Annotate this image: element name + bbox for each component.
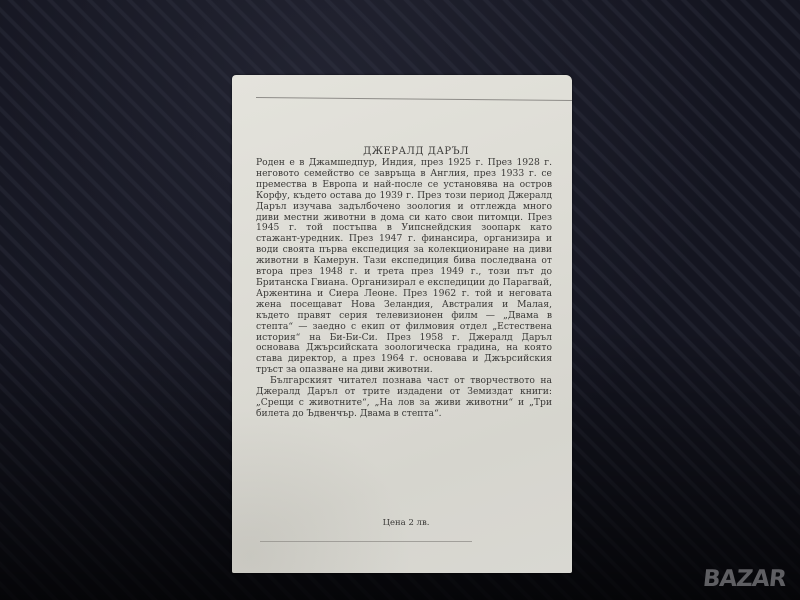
bazar-watermark-logo: BAZAR — [702, 566, 787, 592]
price-label: Цена 2 лв. — [236, 518, 576, 528]
bottom-rule — [260, 541, 472, 542]
author-heading: ДЖЕРАЛД ДАРЪЛ — [246, 146, 586, 157]
biography-paragraph: Роден е в Джамшедпур, Индия, през 1925 г… — [256, 158, 552, 376]
page: { "document": { "title": "ДЖЕРАЛД ДАРЪЛ"… — [0, 0, 800, 600]
top-rule — [256, 97, 572, 101]
book-back-cover: ДЖЕРАЛД ДАРЪЛ Роден е в Джамшедпур, Инди… — [232, 75, 572, 573]
biography-text: Роден е в Джамшедпур, Индия, през 1925 г… — [256, 158, 552, 420]
biography-paragraph: Българският читател познава част от твор… — [256, 376, 552, 420]
